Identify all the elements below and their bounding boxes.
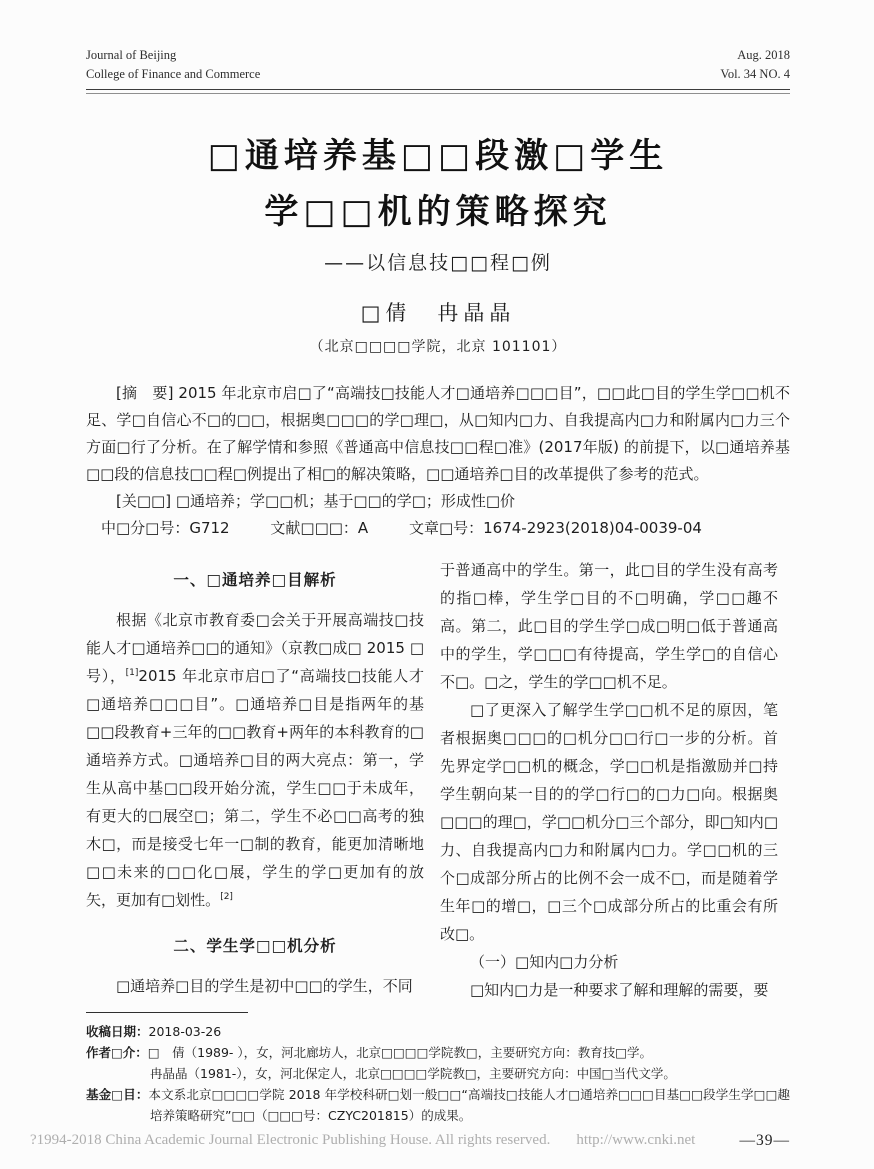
cnki-watermark: ?1994-2018 China Academic Journal Electr… [30,1132,695,1149]
article-body: 一、□通培养□目解析 根据《北京市教育委□会关于开展高端技□技能人才□通培养□□… [86,556,790,1004]
author-bio-line-2: 冉晶晶（1981-），女，河北保定人，北京□□□□学院教□，主要研究方向：中国□… [86,1063,790,1084]
header-divider [86,89,790,94]
right-paragraph-1: 于普通高中的学生。第一，此□目的学生没有高考的指□棒，学生学□目的不□明确，学□… [440,556,778,696]
keywords-text: □通培养；学□□机；基于□□的学□；形成性□价 [176,492,515,510]
left-paragraph-1-text-b: 2015 年北京市启□了“高端技□技能人才□通培养□□□目”。□通培养□目是指两… [86,667,424,909]
sub-section-heading: （一）□知内□力分析 [440,948,778,976]
journal-header: Journal of Beijing College of Finance an… [86,46,790,84]
keywords-label: [关□□] [116,492,171,510]
article-id: 文章□号：1674-2923(2018)04-0039-04 [409,519,702,537]
author-bio-1: □ 倩（1989- ），女，河北廊坊人，北京□□□□学院教□，主要研究方向：教育… [148,1045,652,1060]
left-paragraph-2: □通培养□目的学生是初中□□的学生，不同 [86,972,424,1000]
journal-name: Journal of Beijing College of Finance an… [86,46,260,84]
issue-info: Aug. 2018 Vol. 34 NO. 4 [720,46,790,84]
section-heading-2: 二、学生学□□机分析 [86,932,424,960]
left-column: 一、□通培养□目解析 根据《北京市教育委□会关于开展高端技□技能人才□通培养□□… [86,556,424,1004]
fund-project-text: 本文系北京□□□□学院 2018 年学校科研□划一般□□“高端技□技能人才□通培… [148,1087,790,1123]
received-date-value: 2018-03-26 [149,1024,222,1039]
right-column: 于普通高中的学生。第一，此□目的学生没有高考的指□棒，学生学□目的不□明确，学□… [440,556,778,1004]
abstract-text: 2015 年北京市启□了“高端技□技能人才□通培养□□□目”，□□此□目的学生学… [86,384,790,483]
issue-date: Aug. 2018 [720,46,790,65]
fund-project-label: 基金□目： [86,1087,148,1102]
journal-name-line2: College of Finance and Commerce [86,65,260,84]
page-sheet: Journal of Beijing College of Finance an… [0,0,874,1169]
citation-ref-2: [2] [220,892,233,902]
received-date-line: 收稿日期：2018-03-26 [86,1021,790,1042]
footnote-divider [86,1012,248,1013]
left-paragraph-1: 根据《北京市教育委□会关于开展高端技□技能人才□通培养□□的通知》（京教□成□ … [86,606,424,914]
article-title-line1: □通培养基□□段激□学生 [86,128,790,184]
affiliation: （北京□□□□学院，北京 101101） [86,336,790,356]
received-date-label: 收稿日期： [86,1024,149,1039]
fund-project-line: 基金□目：本文系北京□□□□学院 2018 年学校科研□划一般□□“高端技□技能… [86,1084,790,1126]
front-matter: [摘 要] 2015 年北京市启□了“高端技□技能人才□通培养□□□目”，□□此… [86,380,790,542]
classification-line: 中□分□号：G712 文献□□□：A 文章□号：1674-2923(2018)0… [86,515,790,542]
footnote-block: 收稿日期：2018-03-26 作者□介：□ 倩（1989- ），女，河北廊坊人… [86,1012,790,1126]
abstract-label: [摘 要] [116,384,173,402]
cnki-url: http://www.cnki.net [576,1132,695,1148]
journal-name-line1: Journal of Beijing [86,46,260,65]
article-title-line2: 学□□机的策略探究 [86,184,790,240]
copyright-text: ?1994-2018 China Academic Journal Electr… [30,1132,550,1148]
section-heading-1: 一、□通培养□目解析 [86,566,424,594]
author-bio-label: 作者□介： [86,1045,148,1060]
author-names: □倩 冉晶晶 [86,297,790,327]
right-paragraph-2: □了更深入了解学生学□□机不足的原因，笔者根据奥□□□的□机分□□行□一步的分析… [440,696,778,948]
article-subtitle: ——以信息技□□程□例 [86,248,790,275]
right-paragraph-3: □知内□力是一种要求了解和理解的需要，要 [440,976,778,1004]
keywords: [关□□] □通培养；学□□机；基于□□的学□；形成性□价 [86,488,790,515]
issue-volume: Vol. 34 NO. 4 [720,65,790,84]
document-code: 文献□□□：A [270,519,368,537]
clc-number: 中□分□号：G712 [101,519,230,537]
abstract: [摘 要] 2015 年北京市启□了“高端技□技能人才□通培养□□□目”，□□此… [86,380,790,488]
article-title: □通培养基□□段激□学生 学□□机的策略探究 [86,128,790,240]
author-bio-line-1: 作者□介：□ 倩（1989- ），女，河北廊坊人，北京□□□□学院教□，主要研究… [86,1042,790,1063]
citation-ref-1: [1] [126,668,139,678]
